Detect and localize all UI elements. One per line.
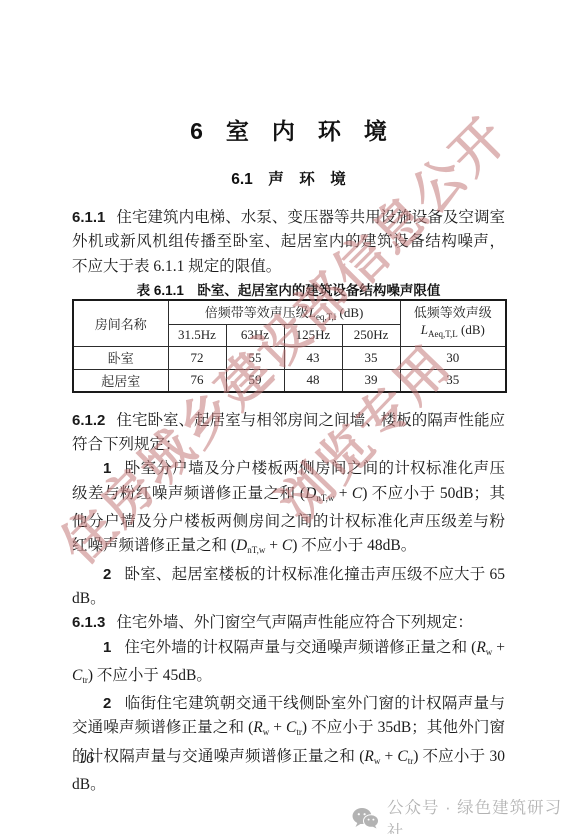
noise-limit-table: 房间名称 倍频带等效声压级Leq,T,i (dB) 低频等效声级 LAeq,T,… [72, 299, 507, 393]
formula-subscript: nT,w [247, 545, 265, 555]
value-cell: 39 [342, 369, 400, 392]
low-freq-header: 低频等效声级 LAeq,T,L (dB) [400, 300, 506, 347]
octave-band-label: 倍频带等效声压级 [205, 305, 309, 320]
formula-symbol: C [286, 719, 296, 736]
octave-band-group-header: 倍频带等效声压级Leq,T,i (dB) [168, 300, 400, 325]
table-header-row-1: 房间名称 倍频带等效声压级Leq,T,i (dB) 低频等效声级 LAeq,T,… [73, 300, 506, 325]
formula-subscript: w [263, 727, 270, 737]
formula-symbol: R [476, 639, 485, 656]
formula-symbol: R [364, 748, 373, 765]
paragraph-number: 2 [103, 695, 111, 712]
low-freq-value-cell: 30 [400, 346, 506, 369]
chapter-title: 6 室 内 环 境 [72, 116, 505, 147]
paragraph-1: 1卧室分户墙及分户楼板两侧房间之间的计权标准化声压级差与粉红噪声频谱修正量之和 … [72, 457, 505, 562]
paragraph-number: 6.1.1 [72, 209, 105, 226]
formula-subscript: w [486, 647, 493, 657]
paragraph-1: 1住宅外墙的计权隔声量与交通噪声频谱修正量之和 (Rw + Ctr) 不应小于 … [72, 636, 505, 693]
formula-subscript: nT,w [316, 493, 334, 503]
octave-band-subscript: eq,T,i [316, 312, 336, 322]
room-name-cell: 起居室 [73, 369, 168, 392]
paragraph-number: 2 [103, 566, 111, 583]
paragraph-6.1.3: 6.1.3住宅外墙、外门窗空气声隔声性能应符合下列规定： [72, 611, 505, 635]
table-row-bedroom: 卧室 72 55 43 35 30 [73, 346, 506, 369]
low-freq-unit: (dB) [461, 322, 485, 337]
value-cell: 76 [168, 369, 226, 392]
freq-col-63: 63Hz [226, 324, 284, 346]
freq-col-125: 125Hz [284, 324, 342, 346]
value-cell: 35 [342, 346, 400, 369]
formula-symbol: R [253, 719, 262, 736]
freq-col-31-5: 31.5Hz [168, 324, 226, 346]
room-name-cell: 卧室 [73, 346, 168, 369]
formula-subscript: tr [82, 675, 88, 685]
body-text-before-table: 6.1.1住宅建筑内电梯、水泵、变压器等共用设施设备及空调室外机或新风机组传播至… [72, 206, 505, 279]
page-content: 6 室 内 环 境 6.1 声 环 境 6.1.1住宅建筑内电梯、水泵、变压器等… [72, 0, 505, 797]
octave-band-unit: (dB) [340, 305, 364, 320]
formula-symbol: C [397, 748, 407, 765]
footer-source-label: 公众号 · 绿色建筑研习社 [387, 794, 576, 834]
value-cell: 59 [226, 369, 284, 392]
paragraph-number: 6.1.3 [72, 614, 105, 631]
value-cell: 72 [168, 346, 226, 369]
paragraph-2: 2临街住宅建筑朝交通干线侧卧室外门窗的计权隔声量与交通噪声频谱修正量之和 (Rw… [72, 692, 505, 797]
paragraph-number: 1 [103, 460, 111, 477]
section-title: 6.1 声 环 境 [72, 169, 505, 190]
formula-symbol: C [72, 667, 82, 684]
wechat-icon [352, 807, 379, 829]
formula-subscript: tr [408, 756, 414, 766]
value-cell: 43 [284, 346, 342, 369]
formula-symbol: D [236, 537, 247, 554]
paragraph-2: 2卧室、起居室楼板的计权标准化撞击声压级不应大于 65dB。 [72, 563, 505, 612]
paragraph-number: 6.1.2 [72, 412, 105, 429]
paragraph-number: 1 [103, 639, 111, 656]
paragraph-6.1.2: 6.1.2住宅卧室、起居室与相邻房间之间墙、楼板的隔声性能应符合下列规定： [72, 409, 505, 458]
footer-credit: 公众号 · 绿色建筑研习社 [352, 794, 576, 834]
room-name-header: 房间名称 [73, 300, 168, 347]
formula-symbol: C [282, 537, 292, 554]
formula-subscript: w [374, 756, 381, 766]
low-freq-symbol: L [421, 322, 428, 337]
page-number: 16 [78, 750, 94, 768]
low-freq-value-cell: 35 [400, 369, 506, 392]
table-row-livingroom: 起居室 76 59 48 39 35 [73, 369, 506, 392]
low-freq-subscript: Aeq,T,L [428, 329, 458, 339]
document-page: 6 室 内 环 境 6.1 声 环 境 6.1.1住宅建筑内电梯、水泵、变压器等… [0, 0, 576, 834]
formula-symbol: C [352, 485, 362, 502]
paragraph-6.1.1: 6.1.1住宅建筑内电梯、水泵、变压器等共用设施设备及空调室外机或新风机组传播至… [72, 206, 505, 279]
formula-symbol: D [305, 485, 316, 502]
table-caption: 表 6.1.1 卧室、起居室内的建筑设备结构噪声限值 [72, 283, 505, 299]
value-cell: 55 [226, 346, 284, 369]
value-cell: 48 [284, 369, 342, 392]
formula-subscript: tr [296, 727, 302, 737]
octave-band-symbol: L [309, 305, 316, 320]
low-freq-label: 低频等效声级 [403, 304, 504, 321]
body-text-after-table: 6.1.2住宅卧室、起居室与相邻房间之间墙、楼板的隔声性能应符合下列规定：1卧室… [72, 409, 505, 797]
freq-col-250: 250Hz [342, 324, 400, 346]
